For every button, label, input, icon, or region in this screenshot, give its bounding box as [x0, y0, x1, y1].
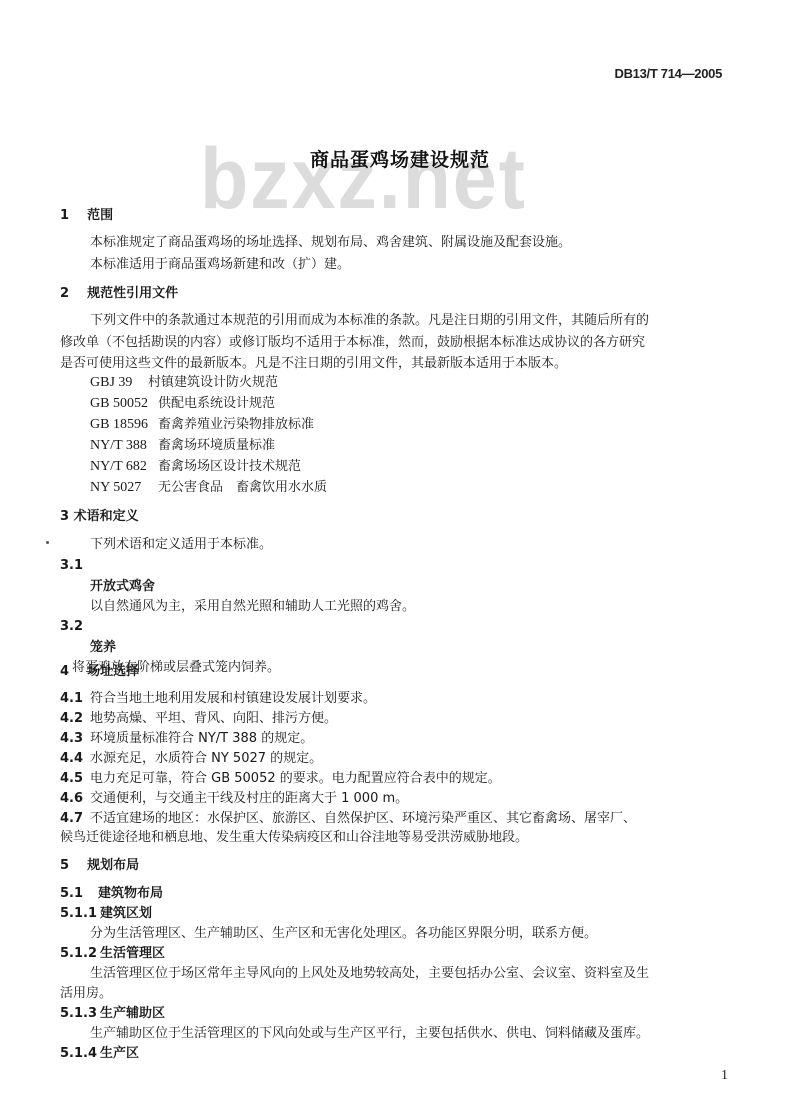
- clause-item: 4.5电力充足可靠，符合 GB 50052 的要求。电力配置应符合表中的规定。: [60, 770, 501, 788]
- term-number: 3.2: [60, 618, 83, 636]
- clause-item: 4.2地势高燥、平坦、背风、向阳、排污方便。: [60, 710, 337, 728]
- clause-number: 5.1.3: [60, 1005, 100, 1023]
- clause-text: 交通便利，与交通主干线及村庄的距离大于 1 000 m。: [90, 791, 408, 806]
- section-title: 范围: [87, 208, 113, 223]
- clause-item: 4.6交通便利，与交通主干线及村庄的距离大于 1 000 m。: [60, 790, 408, 808]
- reference-title: 村镇建筑设计防火规范: [148, 375, 278, 390]
- reference-code: GB 50052: [90, 395, 158, 413]
- reference-item: GB 50052供配电系统设计规范: [90, 395, 275, 413]
- term-name: 笼养: [90, 639, 116, 657]
- reference-title: 畜禽场环境质量标准: [158, 438, 275, 453]
- clause-title: 生产辅助区: [100, 1006, 165, 1021]
- clause-text: 环境质量标准符合 NY/T 388 的规定。: [90, 731, 313, 746]
- reference-code: GBJ 39: [90, 374, 148, 392]
- paragraph: 下列术语和定义适用于本标准。: [90, 536, 272, 554]
- clause-title: 生活管理区: [100, 946, 165, 961]
- reference-code: NY/T 682: [90, 458, 158, 476]
- clause-heading: 5.1.4生产区: [60, 1045, 139, 1063]
- reference-item: GB 18596畜禽养殖业污染物排放标准: [90, 416, 314, 434]
- clause-number: 4.7: [60, 810, 90, 828]
- reference-item: NY 5027无公害食品 畜禽饮用水水质: [90, 479, 327, 497]
- paragraph-line: 是否可使用这些文件的最新版本。凡是不注日期的引用文件，其最新版本适用于本版本。: [60, 355, 567, 373]
- clause-text: 水源充足，水质符合 NY 5027 的规定。: [90, 751, 322, 766]
- clause-item: 4.7不适宜建场的地区：水保护区、旅游区、自然保护区、环境污染严重区、其它畜禽场…: [60, 810, 636, 828]
- clause-title: 建筑区划: [100, 906, 152, 921]
- reference-item: NY/T 682畜禽场场区设计技术规范: [90, 458, 301, 476]
- paragraph-line: 分为生活管理区、生产辅助区、生产区和无害化处理区。各功能区界限分明，联系方便。: [90, 925, 597, 943]
- subsection-heading: 5.1建筑物布局: [60, 885, 163, 903]
- reference-code: NY/T 388: [90, 437, 158, 455]
- section-title: 规范性引用文件: [87, 286, 178, 301]
- paragraph-line: 修改单（不包括勘误的内容）或修订版均不适用于本标准，然而，鼓励根据本标准达成协议…: [60, 334, 645, 352]
- term-number: 3.1: [60, 557, 83, 575]
- section-4-heading-text: 4 场址选择: [60, 663, 139, 681]
- section-3-heading: 3 术语和定义: [60, 508, 139, 526]
- clause-item: 4.3环境质量标准符合 NY/T 388 的规定。: [60, 730, 313, 748]
- clause-title: 生产区: [100, 1046, 139, 1061]
- clause-text: 不适宜建场的地区：水保护区、旅游区、自然保护区、环境污染严重区、其它畜禽场、屠宰…: [90, 811, 636, 826]
- paragraph-line: 生产辅助区位于生活管理区的下风向处或与生产区平行，主要包括供水、供电、饲料储藏及…: [90, 1025, 649, 1043]
- reference-title: 畜禽场场区设计技术规范: [158, 459, 301, 474]
- clause-number: 4.1: [60, 690, 90, 708]
- section-2-heading: 2 规范性引用文件: [60, 285, 178, 303]
- reference-title: 畜禽养殖业污染物排放标准: [158, 417, 314, 432]
- paragraph-line: 活用房。: [60, 985, 112, 1003]
- clause-number: 5.1.4: [60, 1045, 100, 1063]
- section-number: 2: [60, 286, 69, 301]
- clause-number: 4.5: [60, 770, 90, 788]
- clause-number: 5.1.1: [60, 905, 100, 923]
- section-title: 术语和定义: [74, 509, 139, 524]
- clause-text: 电力充足可靠，符合 GB 50052 的要求。电力配置应符合表中的规定。: [90, 771, 501, 786]
- document-title: 商品蛋鸡场建设规范: [0, 145, 800, 172]
- paragraph: 本标准规定了商品蛋鸡场的场址选择、规划布局、鸡舍建筑、附属设施及配套设施。: [90, 234, 571, 252]
- section-number: 3: [60, 509, 69, 524]
- clause-continuation: 候鸟迁徙途径地和栖息地、发生重大传染病疫区和山谷洼地等易受洪涝威胁地段。: [60, 829, 528, 847]
- section-number: 4: [60, 664, 69, 679]
- section-number: 1: [60, 208, 69, 223]
- standard-code: DB13/T 714—2005: [614, 66, 722, 81]
- clause-heading: 5.1.3生产辅助区: [60, 1005, 165, 1023]
- reference-title: 无公害食品 畜禽饮用水水质: [158, 480, 327, 495]
- clause-number: 4.6: [60, 790, 90, 808]
- subsection-title: 建筑物布局: [98, 886, 163, 901]
- section-number: 5: [60, 858, 69, 873]
- section-5-heading: 5 规划布局: [60, 857, 139, 875]
- paragraph-line: 下列文件中的条款通过本规范的引用而成为本标准的条款。凡是注日期的引用文件，其随后…: [90, 312, 649, 330]
- clause-heading: 5.1.2生活管理区: [60, 945, 165, 963]
- clause-heading: 5.1.1建筑区划: [60, 905, 152, 923]
- reference-code: NY 5027: [90, 479, 158, 497]
- reference-item: GBJ 39村镇建筑设计防火规范: [90, 374, 278, 392]
- clause-number: 4.4: [60, 750, 90, 768]
- section-1-heading: 1 范围: [60, 207, 113, 225]
- paragraph: 本标准适用于商品蛋鸡场新建和改（扩）建。: [90, 256, 350, 274]
- clause-number: 5.1.2: [60, 945, 100, 963]
- clause-number: 4.2: [60, 710, 90, 728]
- term-name: 开放式鸡舍: [90, 578, 155, 596]
- clause-item: 4.4水源充足，水质符合 NY 5027 的规定。: [60, 750, 322, 768]
- clause-text: 地势高燥、平坦、背风、向阳、排污方便。: [90, 711, 337, 726]
- section-title: 场址选择: [87, 664, 139, 679]
- clause-item: 4.1符合当地土地利用发展和村镇建设发展计划要求。: [60, 690, 376, 708]
- paragraph-line: 生活管理区位于场区常年主导风向的上风处及地势较高处，主要包括办公室、会议室、资料…: [90, 965, 649, 983]
- term-definition: 以自然通风为主，采用自然光照和辅助人工光照的鸡舍。: [90, 598, 415, 616]
- clause-text: 符合当地土地利用发展和村镇建设发展计划要求。: [90, 691, 376, 706]
- scan-artifact-dot: [46, 541, 49, 544]
- page-number: 1: [721, 1068, 728, 1084]
- reference-code: GB 18596: [90, 416, 158, 434]
- subsection-number: 5.1: [60, 885, 98, 903]
- reference-title: 供配电系统设计规范: [158, 396, 275, 411]
- clause-number: 4.3: [60, 730, 90, 748]
- section-title: 规划布局: [87, 858, 139, 873]
- reference-item: NY/T 388畜禽场环境质量标准: [90, 437, 275, 455]
